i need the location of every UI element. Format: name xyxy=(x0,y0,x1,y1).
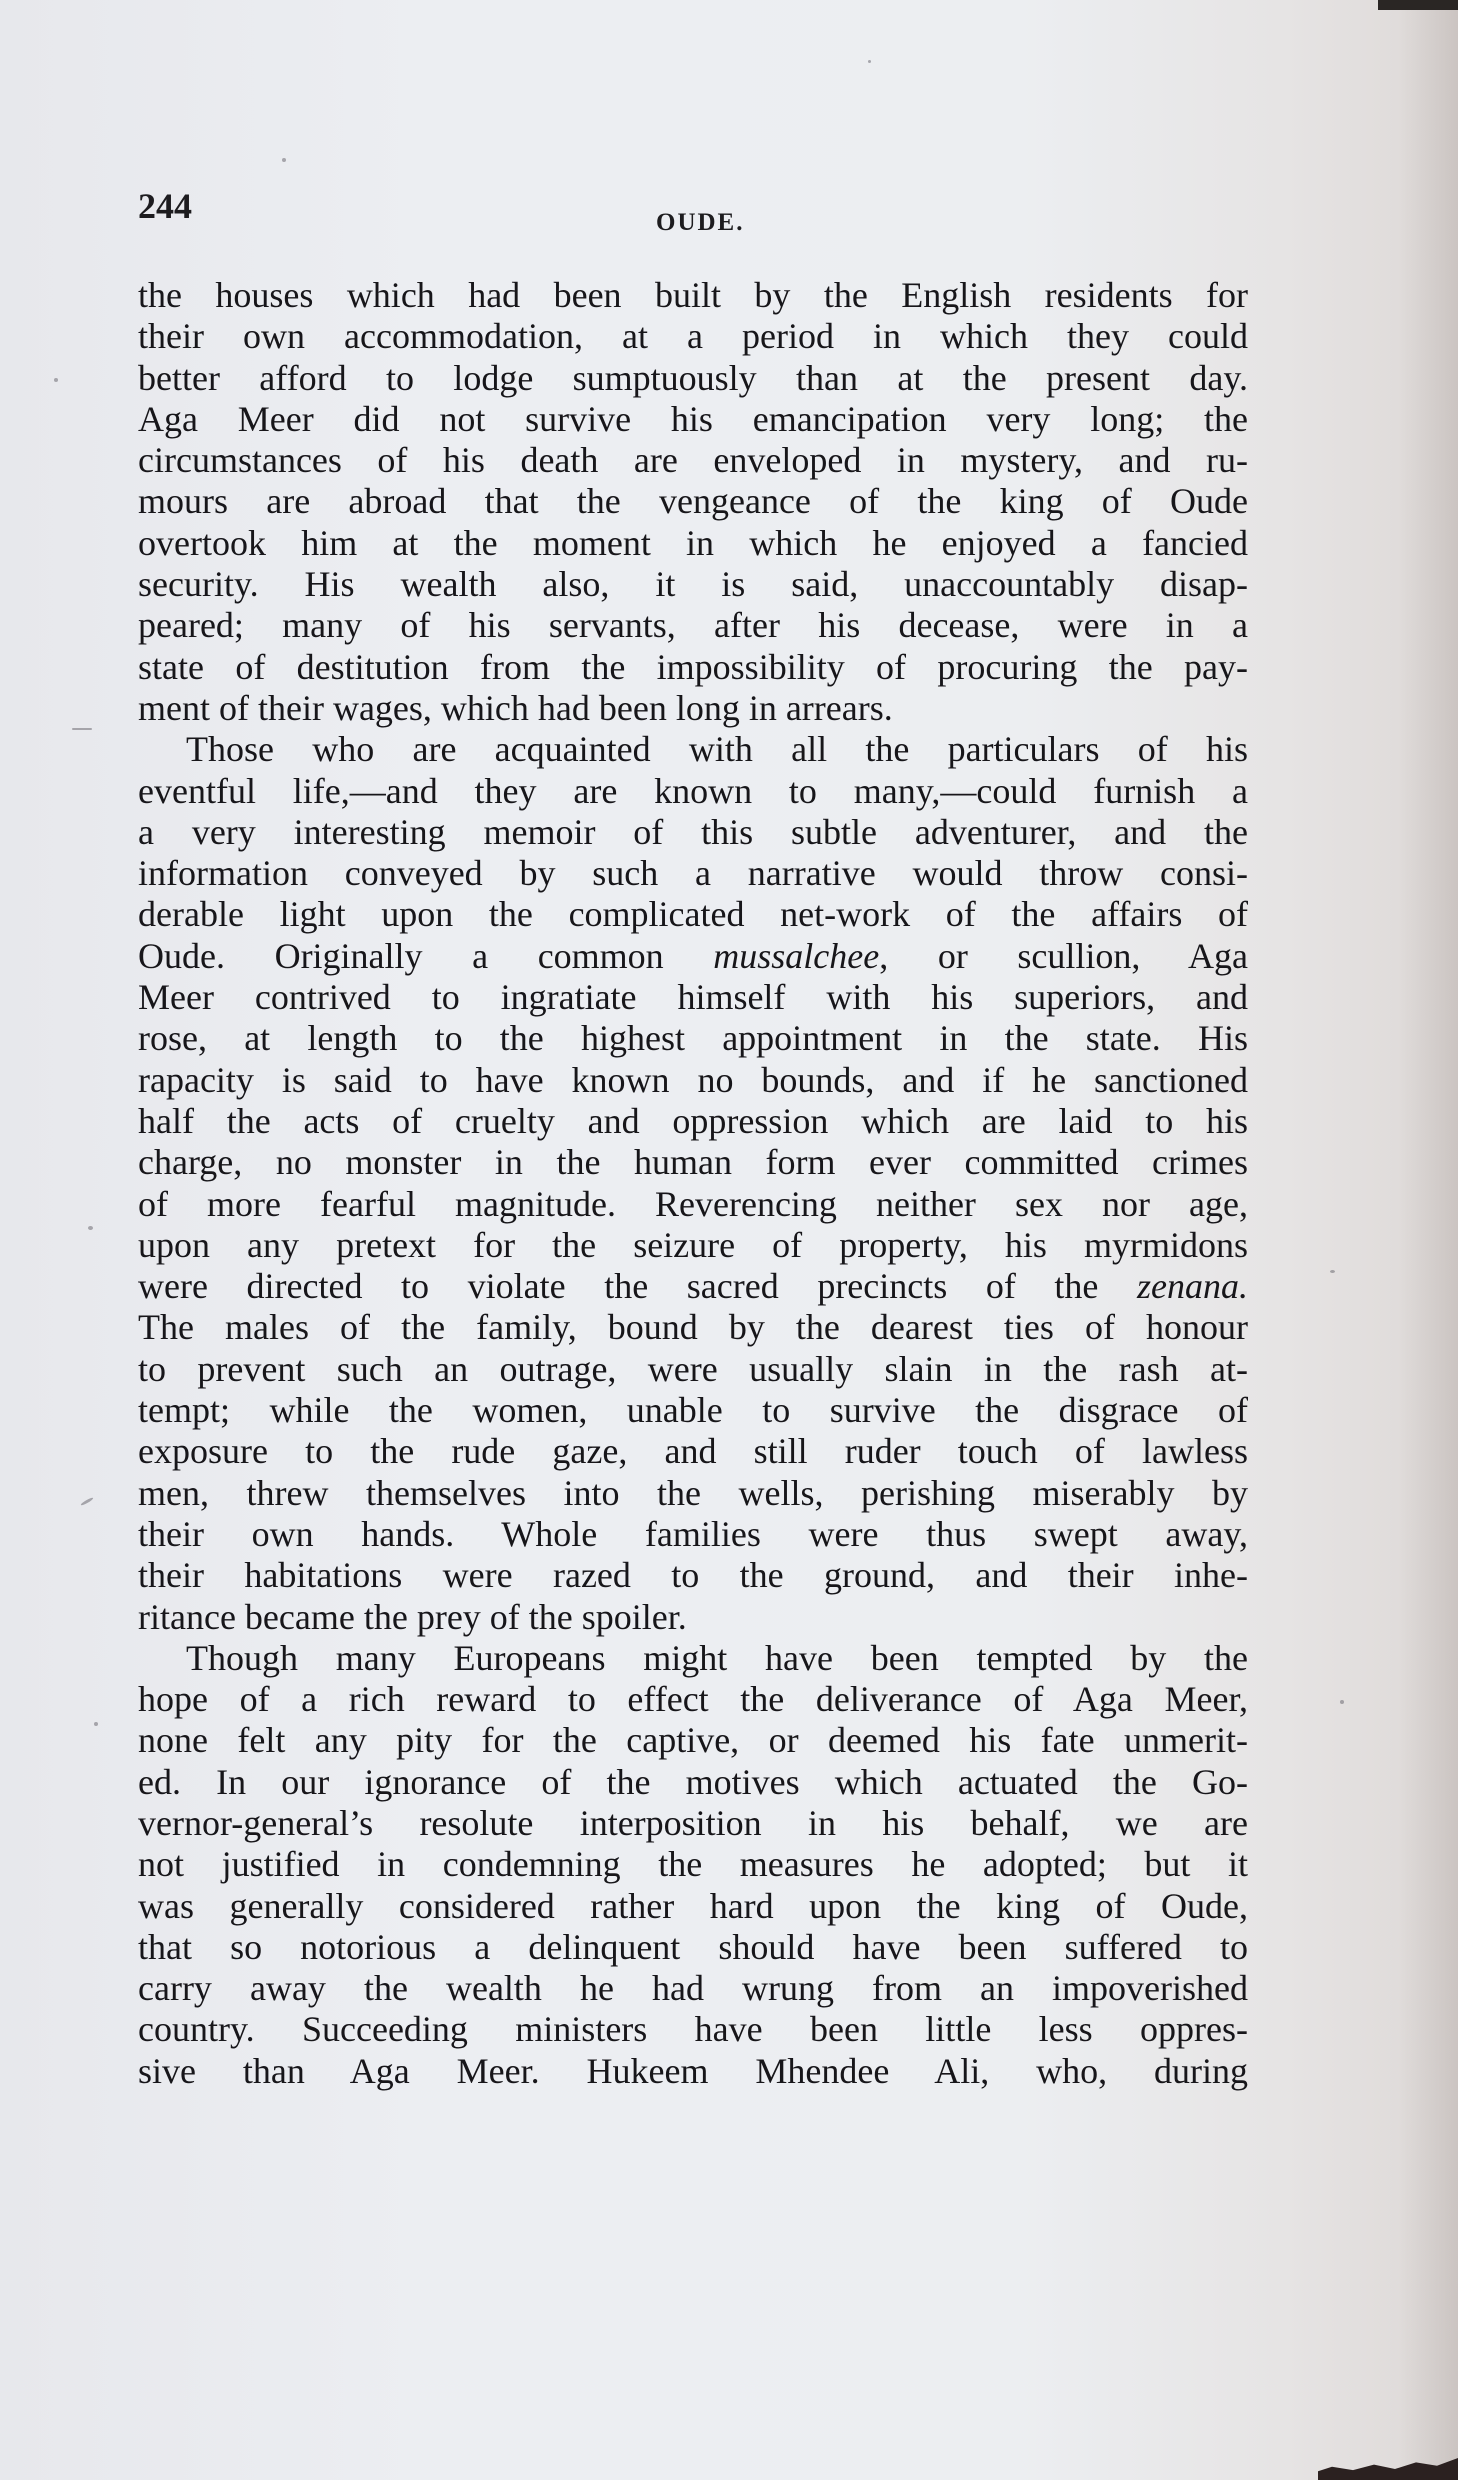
paper-speck xyxy=(94,1722,98,1726)
text-line: their own accommodation, at a period in … xyxy=(138,316,1248,357)
text-line: vernor-general’s resolute interposition … xyxy=(138,1803,1248,1844)
text-line: to prevent such an outrage, were usually… xyxy=(138,1349,1248,1390)
text-line: circumstances of his death are enveloped… xyxy=(138,440,1248,481)
text-line: men, threw themselves into the wells, pe… xyxy=(138,1473,1248,1514)
text-line: their own hands. Whole families were thu… xyxy=(138,1514,1248,1555)
text-line: their habitations were razed to the grou… xyxy=(138,1555,1248,1596)
paragraph-1: the houses which had been built by the E… xyxy=(138,275,1248,729)
text-line: Aga Meer did not survive his emancipatio… xyxy=(138,399,1248,440)
text-line: carry away the wealth he had wrung from … xyxy=(138,1968,1248,2009)
text-line: better afford to lodge sumptuously than … xyxy=(138,358,1248,399)
text-line: sive than Aga Meer. Hukeem Mhendee Ali, … xyxy=(138,2051,1248,2092)
text-line: exposure to the rude gaze, and still rud… xyxy=(138,1431,1248,1472)
text-line: that so notorious a delinquent should ha… xyxy=(138,1927,1248,1968)
paper-speck xyxy=(80,1497,94,1507)
text-run: were directed to violate the sacred prec… xyxy=(138,1266,1137,1306)
text-line: upon any pretext for the seizure of prop… xyxy=(138,1225,1248,1266)
text-line: rose, at length to the highest appointme… xyxy=(138,1018,1248,1059)
paper-speck xyxy=(54,378,58,382)
text-line: was generally considered rather hard upo… xyxy=(138,1886,1248,1927)
text-line: tempt; while the women, unable to surviv… xyxy=(138,1390,1248,1431)
running-head: 244 OUDE. xyxy=(138,185,1248,245)
paper-speck xyxy=(868,60,871,63)
text-line: Though many Europeans might have been te… xyxy=(138,1638,1248,1679)
paper-speck xyxy=(1330,1270,1335,1273)
text-line: overtook him at the moment in which he e… xyxy=(138,523,1248,564)
text-line-mixed: Oude. Originally a common mussalchee, or… xyxy=(138,936,1248,977)
text-line: none felt any pity for the captive, or d… xyxy=(138,1720,1248,1761)
text-run: Oude. Originally a common xyxy=(138,936,713,976)
paper-speck xyxy=(72,728,92,730)
text-line-mixed: were directed to violate the sacred prec… xyxy=(138,1266,1248,1307)
text-line: state of destitution from the impossibil… xyxy=(138,647,1248,688)
text-line: hope of a rich reward to effect the deli… xyxy=(138,1679,1248,1720)
text-line: ritance became the prey of the spoiler. xyxy=(138,1597,1248,1638)
text-line: ed. In our ignorance of the motives whic… xyxy=(138,1762,1248,1803)
text-line: Those who are acquainted with all the pa… xyxy=(138,729,1248,770)
text-line: The males of the family, bound by the de… xyxy=(138,1307,1248,1348)
text-line: derable light upon the complicated net-w… xyxy=(138,894,1248,935)
text-line: half the acts of cruelty and oppression … xyxy=(138,1101,1248,1142)
text-line: Meer contrived to ingratiate himself wit… xyxy=(138,977,1248,1018)
text-line: information conveyed by such a narrative… xyxy=(138,853,1248,894)
text-line: eventful life,—and they are known to man… xyxy=(138,771,1248,812)
text-line: peared; many of his servants, after his … xyxy=(138,605,1248,646)
text-line: of more fearful magnitude. Reverencing n… xyxy=(138,1184,1248,1225)
body-text: the houses which had been built by the E… xyxy=(138,275,1248,2092)
text-line: country. Succeeding ministers have been … xyxy=(138,2009,1248,2050)
text-line: ment of their wages, which had been long… xyxy=(138,688,1248,729)
paper-speck xyxy=(282,158,286,162)
page-number: 244 xyxy=(138,185,192,227)
text-line: not justified in condemning the measures… xyxy=(138,1844,1248,1885)
paper-speck xyxy=(1340,1700,1344,1704)
page-curl-shadow xyxy=(1398,0,1458,2480)
text-line: security. His wealth also, it is said, u… xyxy=(138,564,1248,605)
italic-term: zenana. xyxy=(1137,1266,1248,1306)
scan-edge-top xyxy=(1378,0,1458,10)
running-title: OUDE. xyxy=(656,209,744,237)
text-line: a very interesting memoir of this subtle… xyxy=(138,812,1248,853)
italic-term: mussalchee xyxy=(713,936,879,976)
text-line: charge, no monster in the human form eve… xyxy=(138,1142,1248,1183)
text-run: , or scullion, Aga xyxy=(879,936,1248,976)
text-line: mours are abroad that the vengeance of t… xyxy=(138,481,1248,522)
text-line: rapacity is said to have known no bounds… xyxy=(138,1060,1248,1101)
paragraph-2: Those who are acquainted with all the pa… xyxy=(138,729,1248,1638)
paragraph-3: Though many Europeans might have been te… xyxy=(138,1638,1248,2092)
text-line: the houses which had been built by the E… xyxy=(138,275,1248,316)
paper-speck xyxy=(88,1226,93,1230)
book-page: 244 OUDE. the houses which had been buil… xyxy=(0,0,1458,2480)
